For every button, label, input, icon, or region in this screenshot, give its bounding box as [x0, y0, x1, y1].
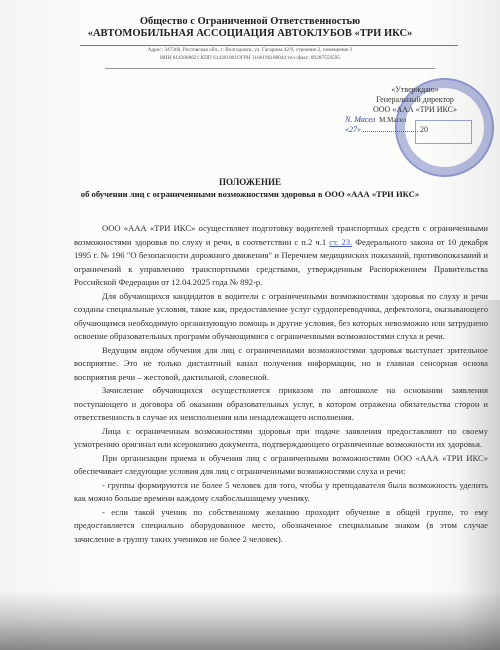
- signature: N. Масел: [345, 115, 375, 124]
- signature-name: М.Масел: [379, 116, 406, 124]
- approval-position: Генеральный директор: [345, 95, 485, 105]
- approval-date-line: «27» 20: [345, 125, 485, 135]
- document-title: ПОЛОЖЕНИЕ: [0, 176, 500, 188]
- org-legal-form: Общество с Ограниченной Ответственностью: [0, 16, 500, 28]
- paragraph-enrollment: Зачисление обучающихся осуществляется пр…: [74, 384, 488, 425]
- approval-heading: «Утверждаю»: [345, 85, 485, 95]
- org-name: «АВТОМОБИЛЬНАЯ АССОЦИАЦИЯ АВТОКЛУБОВ «ТР…: [0, 28, 500, 40]
- org-address-block: Адрес: 347360, Ростовская обл., г. Волго…: [0, 46, 500, 62]
- document-subtitle: об обучении лиц с ограниченными возможно…: [0, 188, 500, 200]
- org-requisites: ИНН 6143088621 КПП 614301001ОГРН 1166196…: [0, 54, 500, 62]
- law-article-link[interactable]: ст. 23.: [329, 237, 352, 247]
- document-body: ООО «ААА «ТРИ ИКС» осуществляет подготов…: [74, 222, 488, 546]
- approval-block: «Утверждаю» Генеральный директор ООО «АА…: [345, 85, 485, 135]
- paragraph-special-conditions: Для обучающихся кандидатов в водители с …: [74, 290, 488, 344]
- organization-header: Общество с Ограниченной Ответственностью…: [0, 16, 500, 40]
- org-address: Адрес: 347360, Ростовская обл., г. Волго…: [0, 46, 500, 54]
- header-divider-bottom: [105, 68, 435, 69]
- bullet-general-group: - если такой ученик по собственному жела…: [74, 506, 488, 547]
- approval-day: «27»: [345, 125, 361, 134]
- paragraph-visual-perception: Ведущим видом обучения для лиц с огранич…: [74, 344, 488, 385]
- paragraph-legal-basis: ООО «ААА «ТРИ ИКС» осуществляет подготов…: [74, 222, 488, 290]
- paragraph-conditions-intro: При организации приема и обучения лиц с …: [74, 452, 488, 479]
- document-page: Общество с Ограниченной Ответственностью…: [0, 0, 500, 650]
- signature-line: N. Масел М.Масел: [345, 115, 485, 125]
- bullet-group-size: - группы формируются не более 5 человек …: [74, 479, 488, 506]
- approval-company: ООО «ААА «ТРИ ИКС»: [345, 105, 485, 115]
- scan-shadow-bottom: [0, 590, 500, 650]
- approval-year: 20: [420, 125, 428, 134]
- paragraph-documents: Лица с ограниченным возможностями здоров…: [74, 425, 488, 452]
